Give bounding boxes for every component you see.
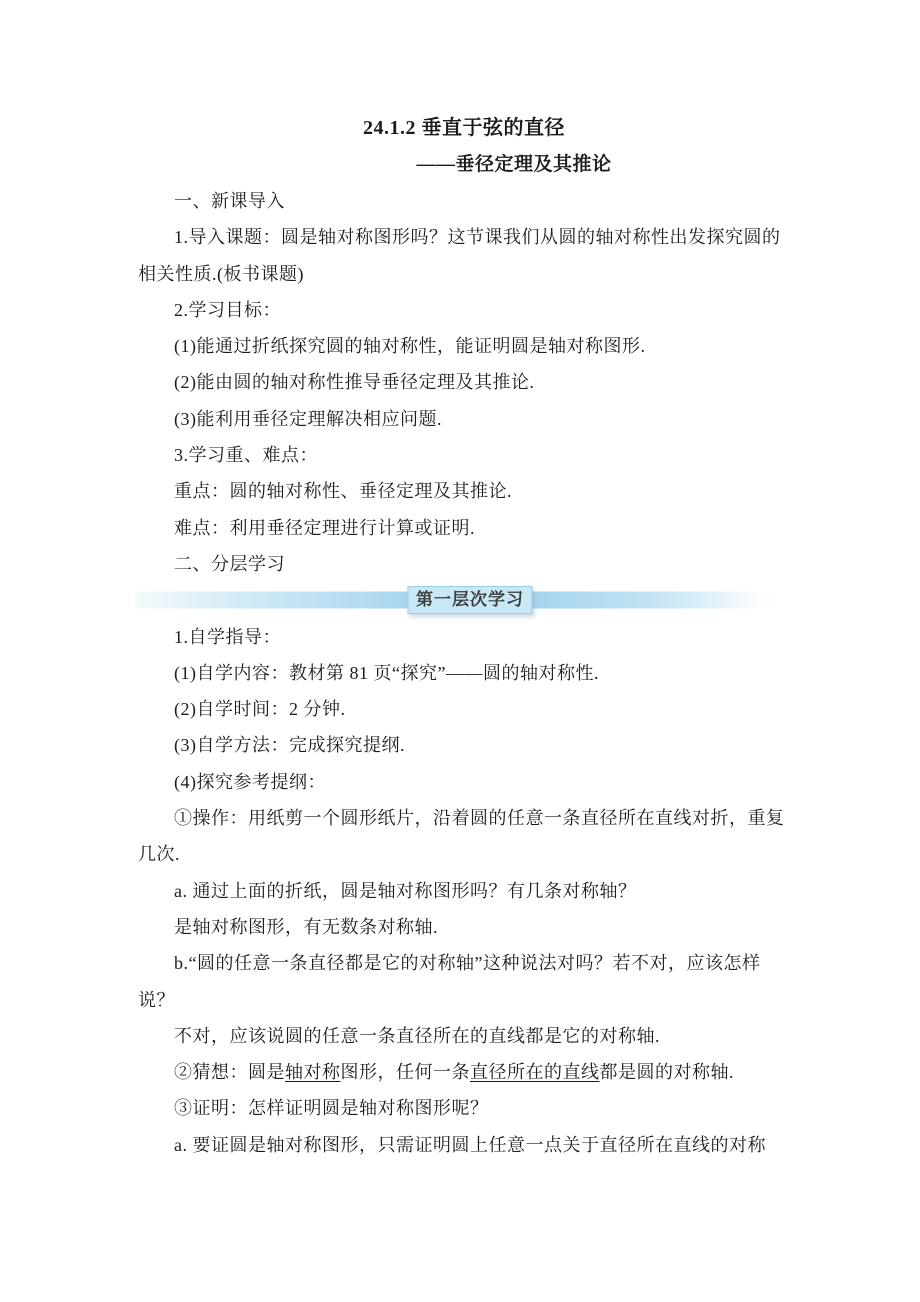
text-line: b.“圆的任意一条直径都是它的对称轴”这种说法对吗？若不对，应该怎样 (138, 945, 790, 981)
text-run: (1)自学内容：教材第 81 页“探究”——圆的轴对称性. (174, 663, 599, 683)
text-line: (4)探究参考提纲： (138, 764, 790, 800)
text-line: a. 要证圆是轴对称图形，只需证明圆上任意一点关于直径所在直线的对称 (138, 1127, 790, 1163)
text-run: 3.学习重、难点： (174, 445, 318, 465)
document-body: 一、新课导入1.导入课题：圆是轴对称图形吗？这节课我们从圆的轴对称性出发探究圆的… (138, 183, 790, 1163)
text-line: 3.学习重、难点： (138, 437, 790, 473)
text-run: 不对，应该说圆的任意一条直径所在的直线都是它的对称轴. (174, 1026, 660, 1046)
text-run: (2)能由圆的轴对称性推导垂径定理及其推论. (174, 372, 535, 392)
text-run: a. 要证圆是轴对称图形，只需证明圆上任意一点关于直径所在直线的对称 (174, 1135, 766, 1155)
text-line: 难点：利用垂径定理进行计算或证明. (138, 510, 790, 546)
section-banner: 第一层次学习 (138, 582, 790, 618)
text-run: ③证明：怎样证明圆是轴对称图形呢？ (174, 1098, 489, 1118)
text-run: (3)能利用垂径定理解决相应问题. (174, 409, 442, 429)
text-line: (1)自学内容：教材第 81 页“探究”——圆的轴对称性. (138, 655, 790, 691)
banner-label: 第一层次学习 (408, 586, 533, 614)
text-run: 都是圆的对称轴. (600, 1062, 735, 1082)
text-run: 几次. (138, 844, 180, 864)
text-line: 是轴对称图形，有无数条对称轴. (138, 909, 790, 945)
text-line: 重点：圆的轴对称性、垂径定理及其推论. (138, 473, 790, 509)
text-line: 相关性质.(板书课题) (138, 256, 790, 292)
page-subtitle: ——垂径定理及其推论 (188, 147, 840, 183)
underlined-answer: 轴对称 (285, 1062, 341, 1082)
text-line: (2)能由圆的轴对称性推导垂径定理及其推论. (138, 364, 790, 400)
text-line: 二、分层学习 (138, 546, 790, 582)
text-run: ②猜想：圆是 (174, 1062, 285, 1082)
text-run: ①操作：用纸剪一个圆形纸片，沿着圆的任意一条直径所在直线对折，重复 (174, 808, 785, 828)
text-line: 不对，应该说圆的任意一条直径所在的直线都是它的对称轴. (138, 1018, 790, 1054)
text-line: 1.自学指导： (138, 619, 790, 655)
text-line: (2)自学时间：2 分钟. (138, 691, 790, 727)
page-title: 24.1.2 垂直于弦的直径 (138, 109, 790, 147)
text-run: b.“圆的任意一条直径都是它的对称轴”这种说法对吗？若不对，应该怎样 (174, 953, 760, 973)
text-line: (3)自学方法：完成探究提纲. (138, 727, 790, 763)
text-run: (3)自学方法：完成探究提纲. (174, 735, 405, 755)
text-run: 图形，任何一条 (341, 1062, 471, 1082)
text-run: 二、分层学习 (174, 554, 285, 574)
text-run: (1)能通过折纸探究圆的轴对称性，能证明圆是轴对称图形. (174, 336, 646, 356)
text-run: 一、新课导入 (174, 191, 285, 211)
text-line: a. 通过上面的折纸，圆是轴对称图形吗？有几条对称轴？ (138, 873, 790, 909)
text-run: 是轴对称图形，有无数条对称轴. (174, 917, 438, 937)
text-run: 难点：利用垂径定理进行计算或证明. (174, 518, 475, 538)
document-page: 24.1.2 垂直于弦的直径 ——垂径定理及其推论 一、新课导入1.导入课题：圆… (0, 0, 920, 1302)
text-run: 1.自学指导： (174, 627, 281, 647)
text-run: 1.导入课题：圆是轴对称图形吗？这节课我们从圆的轴对称性出发探究圆的 (174, 227, 781, 247)
underlined-answer: 直径所在的直线 (470, 1062, 600, 1082)
text-line: 1.导入课题：圆是轴对称图形吗？这节课我们从圆的轴对称性出发探究圆的 (138, 219, 790, 255)
text-run: a. 通过上面的折纸，圆是轴对称图形吗？有几条对称轴？ (174, 881, 637, 901)
text-line: (1)能通过折纸探究圆的轴对称性，能证明圆是轴对称图形. (138, 328, 790, 364)
text-line: ②猜想：圆是轴对称图形，任何一条直径所在的直线都是圆的对称轴. (138, 1054, 790, 1090)
text-line: ①操作：用纸剪一个圆形纸片，沿着圆的任意一条直径所在直线对折，重复 (138, 800, 790, 836)
text-run: (4)探究参考提纲： (174, 772, 326, 792)
text-run: 重点：圆的轴对称性、垂径定理及其推论. (174, 481, 512, 501)
text-line: (3)能利用垂径定理解决相应问题. (138, 401, 790, 437)
text-run: 相关性质.(板书课题) (138, 264, 304, 284)
text-line: 一、新课导入 (138, 183, 790, 219)
text-run: 2.学习目标： (174, 300, 281, 320)
text-line: 说？ (138, 982, 790, 1018)
text-line: 几次. (138, 836, 790, 872)
text-run: 说？ (138, 990, 175, 1010)
text-line: ③证明：怎样证明圆是轴对称图形呢？ (138, 1090, 790, 1126)
text-line: 2.学习目标： (138, 292, 790, 328)
text-run: (2)自学时间：2 分钟. (174, 699, 346, 719)
